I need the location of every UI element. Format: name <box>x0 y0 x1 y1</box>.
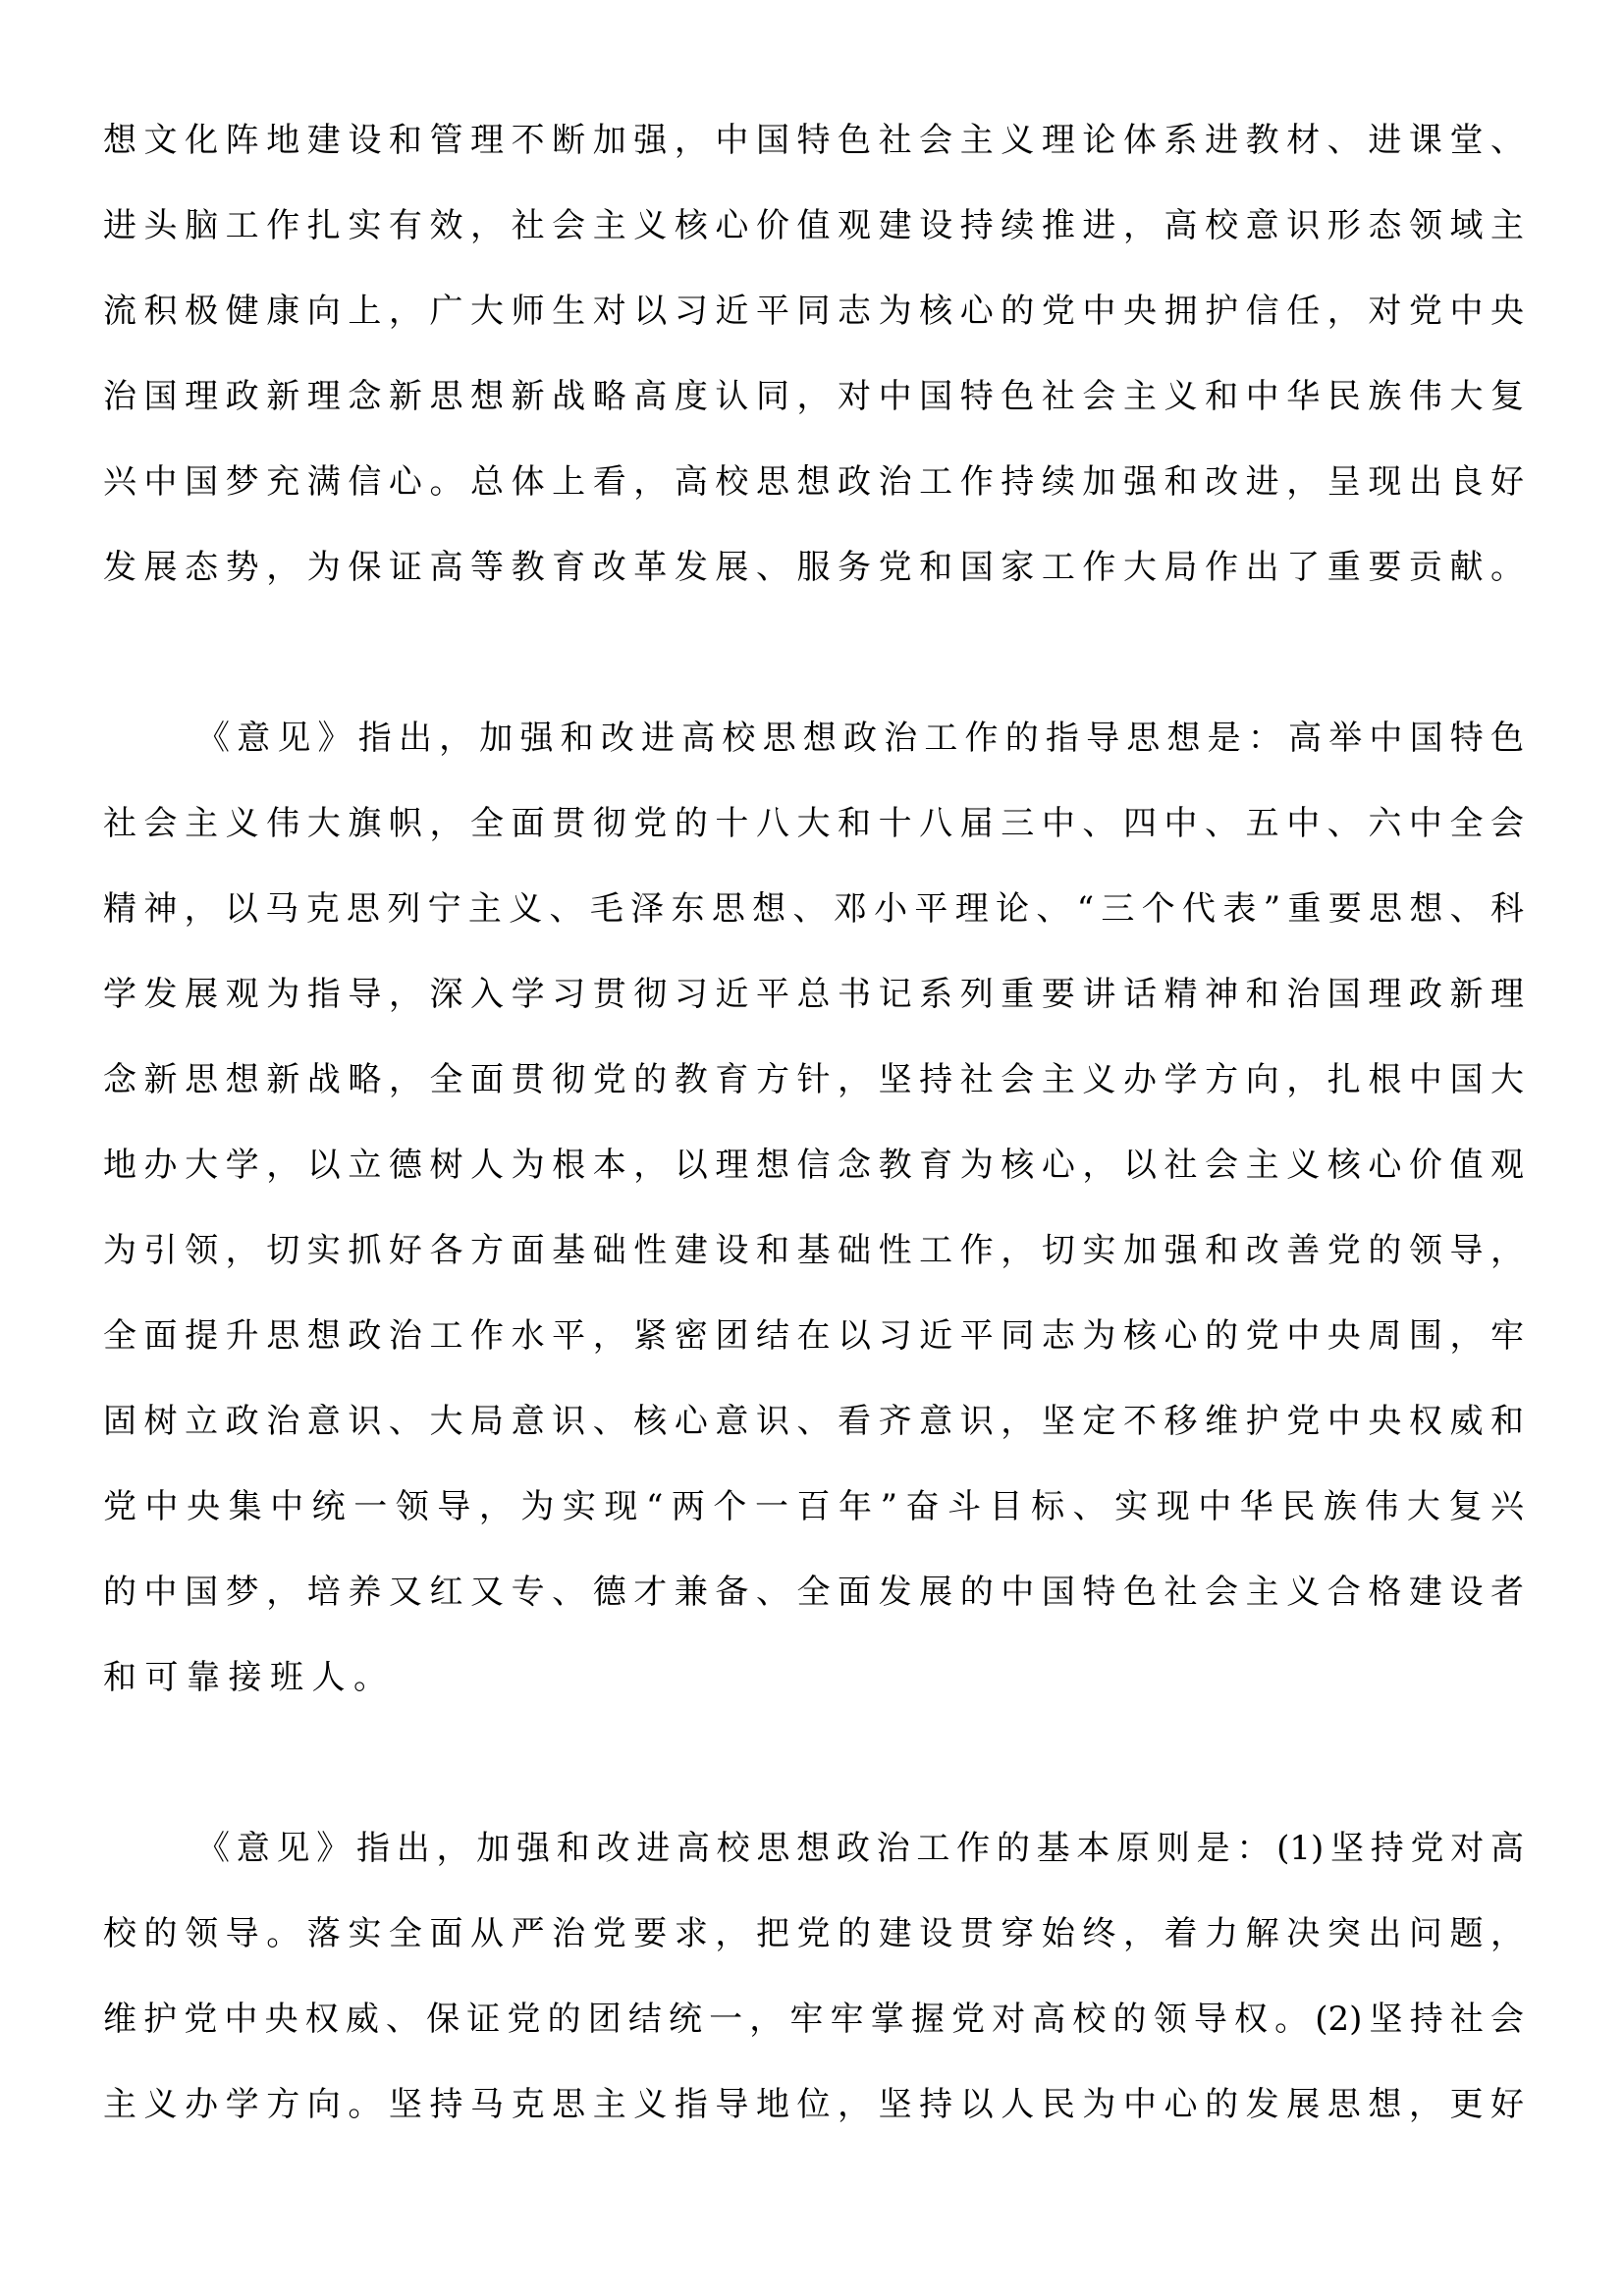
text-line: 发展态势，为保证高等教育改革发展、服务党和国家工作大局作出了重要贡献。 <box>103 525 1524 611</box>
text-line: 维护党中央权威、保证党的团结统一，牢牢掌握党对高校的领导权。(2)坚持社会 <box>103 1977 1524 2062</box>
text-line: 流积极健康向上，广大师生对以习近平同志为核心的党中央拥护信任，对党中央 <box>103 269 1524 354</box>
paragraph-guiding-ideology: 《意见》指出，加强和改进高校思想政治工作的指导思想是：高举中国特色 社会主义伟大… <box>103 696 1524 1721</box>
text-line: 学发展观为指导，深入学习贯彻习近平总书记系列重要讲话精神和治国理政新理 <box>103 952 1524 1038</box>
text-line: 党中央集中统一领导，为实现“两个一百年”奋斗目标、实现中华民族伟大复兴 <box>103 1465 1524 1550</box>
text-line: 念新思想新战略，全面贯彻党的教育方针，坚持社会主义办学方向，扎根中国大 <box>103 1038 1524 1123</box>
text-line: 固树立政治意识、大局意识、核心意识、看齐意识，坚定不移维护党中央权威和 <box>103 1379 1524 1465</box>
text-line: 校的领导。落实全面从严治党要求，把党的建设贯穿始终，着力解决突出问题， <box>103 1892 1524 1977</box>
text-line: 和可靠接班人。 <box>103 1635 1524 1721</box>
text-line: 治国理政新理念新思想新战略高度认同，对中国特色社会主义和中华民族伟大复 <box>103 354 1524 440</box>
text-line: 全面提升思想政治工作水平，紧密团结在以习近平同志为核心的党中央周围，牢 <box>103 1294 1524 1379</box>
text-line: 地办大学，以立德树人为根本，以理想信念教育为核心，以社会主义核心价值观 <box>103 1123 1524 1208</box>
text-line: 精神，以马克思列宁主义、毛泽东思想、邓小平理论、“三个代表”重要思想、科 <box>103 867 1524 952</box>
text-line: 想文化阵地建设和管理不断加强，中国特色社会主义理论体系进教材、进课堂、 <box>103 98 1524 184</box>
paragraph-basic-principles: 《意见》指出，加强和改进高校思想政治工作的基本原则是：(1)坚持党对高 校的领导… <box>103 1806 1524 2148</box>
text-line: 兴中国梦充满信心。总体上看，高校思想政治工作持续加强和改进，呈现出良好 <box>103 440 1524 525</box>
text-line: 社会主义伟大旗帜，全面贯彻党的十八大和十八届三中、四中、五中、六中全会 <box>103 781 1524 867</box>
document-body: 想文化阵地建设和管理不断加强，中国特色社会主义理论体系进教材、进课堂、 进头脑工… <box>103 98 1524 2233</box>
document-page: 想文化阵地建设和管理不断加强，中国特色社会主义理论体系进教材、进课堂、 进头脑工… <box>0 0 1624 2296</box>
text-line: 《意见》指出，加强和改进高校思想政治工作的基本原则是：(1)坚持党对高 <box>103 1806 1524 1892</box>
text-line: 主义办学方向。坚持马克思主义指导地位，坚持以人民为中心的发展思想，更好 <box>103 2062 1524 2148</box>
paragraph-ideological-front-summary: 想文化阵地建设和管理不断加强，中国特色社会主义理论体系进教材、进课堂、 进头脑工… <box>103 98 1524 611</box>
text-line: 《意见》指出，加强和改进高校思想政治工作的指导思想是：高举中国特色 <box>103 696 1524 781</box>
text-line: 为引领，切实抓好各方面基础性建设和基础性工作，切实加强和改善党的领导， <box>103 1208 1524 1294</box>
text-line: 的中国梦，培养又红又专、德才兼备、全面发展的中国特色社会主义合格建设者 <box>103 1550 1524 1635</box>
text-line: 进头脑工作扎实有效，社会主义核心价值观建设持续推进，高校意识形态领域主 <box>103 184 1524 269</box>
